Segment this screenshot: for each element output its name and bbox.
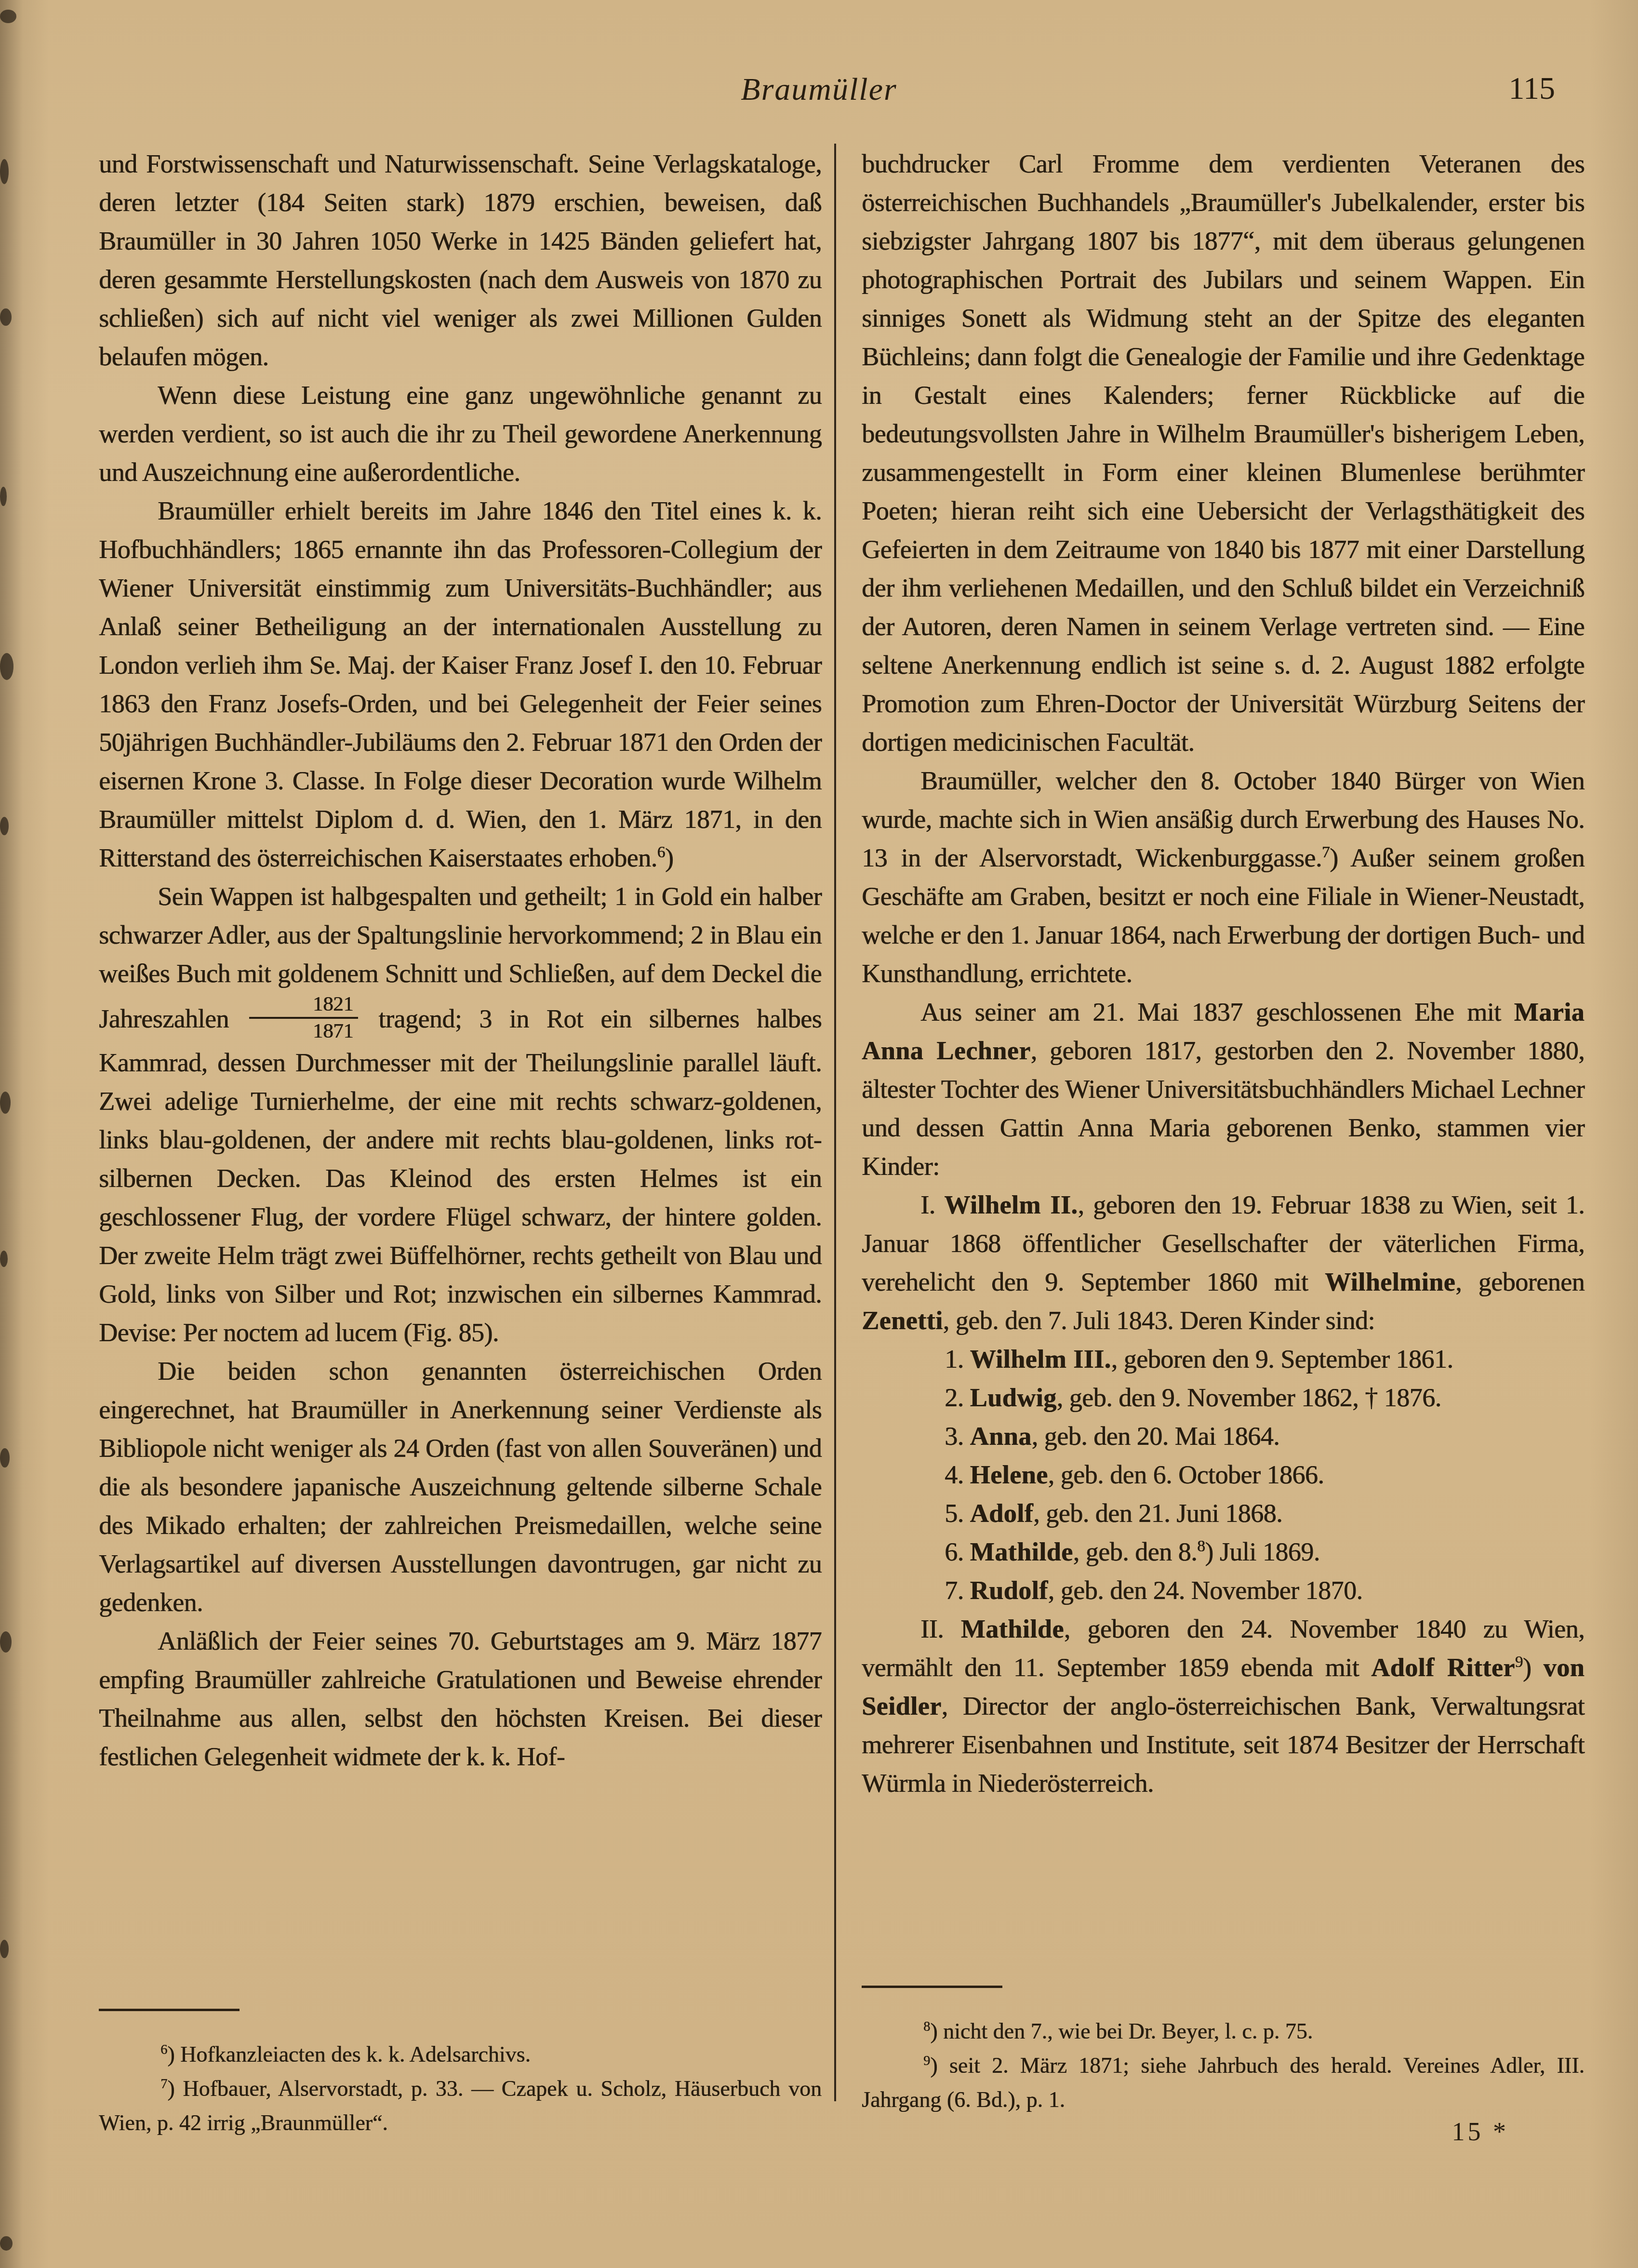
text-segment: Aus seiner am 21. Mai 1837 geschlossenen…: [920, 998, 1514, 1027]
text-segment: Wenn diese Leistung eine ganz ungewöhnli…: [99, 381, 822, 487]
text-segment: , geb. den 7. Juli 1843. Deren Kinder si…: [943, 1306, 1374, 1335]
footnote-marker: 8: [1197, 1537, 1205, 1555]
text-segment: , geboren den 9. September 1861.: [1111, 1345, 1453, 1374]
footnote-marker: 8: [923, 2019, 930, 2034]
footnote-marker: 7: [160, 2077, 167, 2092]
scan-artifact: [0, 10, 16, 23]
footnote-marker: 7: [1322, 843, 1330, 861]
text-segment: Die beiden schon genannten österreichisc…: [99, 1357, 822, 1617]
bold-name: Adolf Ritter: [1371, 1653, 1515, 1682]
text-paragraph: Braumüller, welcher den 8. October 1840 …: [862, 761, 1585, 993]
bold-name: Zenetti: [862, 1306, 943, 1335]
left-footnotes: 6) Hofkanzleiacten des k. k. Adelsarchiv…: [99, 2037, 822, 2140]
footnote-marker: 6: [160, 2042, 167, 2057]
scan-artifact: [0, 653, 13, 680]
footnote-rule: [862, 1986, 1002, 1988]
bold-name: Rudolf: [970, 1576, 1048, 1605]
genealogy-list-item: 7. Rudolf, geb. den 24. November 1870.: [945, 1571, 1585, 1610]
scan-artifact: [0, 2236, 13, 2251]
text-segment: ) Juli 1869.: [1205, 1537, 1320, 1566]
footnote-marker: 6: [657, 843, 665, 861]
footnote: 6) Hofkanzleiacten des k. k. Adelsarchiv…: [99, 2037, 822, 2071]
book-page: Braumüller 115 und Forstwissenschaft und…: [0, 0, 1638, 2268]
footnote: 7) Hofbauer, Alservorstadt, p. 33. — Cza…: [99, 2071, 822, 2140]
scan-artifact: [0, 487, 7, 506]
text-segment: 5.: [945, 1499, 970, 1528]
footnote: 9) seit 2. März 1871; siehe Jahrbuch des…: [862, 2048, 1585, 2117]
text-segment: ) seit 2. März 1871; siehe Jahrbuch des …: [862, 2053, 1585, 2112]
right-footnote-section: 8) nicht den 7., wie bei Dr. Beyer, l. c…: [862, 1986, 1585, 2117]
scan-artifact: [0, 817, 9, 835]
year-fraction: 18211871: [246, 993, 361, 1043]
text-segment: 2.: [945, 1383, 970, 1412]
text-segment: ) Hofbauer, Alservorstadt, p. 33. — Czap…: [99, 2076, 822, 2135]
genealogy-list-item: 2. Ludwig, geb. den 9. November 1862, † …: [945, 1378, 1585, 1417]
text-segment: II.: [920, 1614, 961, 1643]
column-divider-rule: [834, 144, 836, 2101]
scan-artifact: [0, 159, 9, 184]
text-segment: Anläßlich der Feier seines 70. Geburtsta…: [99, 1627, 822, 1771]
text-segment: , geb. den 8.: [1073, 1537, 1197, 1566]
text-segment: 4.: [945, 1460, 970, 1489]
text-paragraph: buchdrucker Carl Fromme dem verdienten V…: [862, 145, 1585, 761]
text-segment: , geb. den 21. Juni 1868.: [1033, 1499, 1282, 1528]
text-segment: I.: [920, 1190, 944, 1219]
footnote-marker: 9: [923, 2054, 930, 2068]
bold-name: Wilhelm II.: [944, 1190, 1078, 1219]
running-header-title: Braumüller: [0, 71, 1638, 108]
signature-mark: 15 *: [1452, 2117, 1509, 2147]
right-footnotes: 8) nicht den 7., wie bei Dr. Beyer, l. c…: [862, 2014, 1585, 2117]
text-paragraph: Sein Wappen ist halbgespalten und gethei…: [99, 877, 822, 1352]
footnote: 8) nicht den 7., wie bei Dr. Beyer, l. c…: [862, 2014, 1585, 2048]
bold-name: Wilhelmine: [1325, 1267, 1455, 1296]
text-paragraph: Aus seiner am 21. Mai 1837 geschlossenen…: [862, 993, 1585, 1186]
text-segment: 6.: [945, 1537, 970, 1566]
genealogy-list-item: 4. Helene, geb. den 6. October 1866.: [945, 1455, 1585, 1494]
scan-artifact: [0, 1251, 8, 1267]
text-segment: , Director der anglo-österreichischen Ba…: [862, 1692, 1585, 1798]
bold-name: Adolf: [970, 1499, 1034, 1528]
text-segment: , geborenen: [1455, 1267, 1585, 1296]
left-column-body: und Forstwissenschaft und Naturwissensch…: [99, 145, 822, 1776]
bold-name: Mathilde: [970, 1537, 1073, 1566]
bold-name: Mathilde: [961, 1614, 1064, 1643]
footnote-rule: [99, 2009, 240, 2011]
text-paragraph: Braumüller erhielt bereits im Jahre 1846…: [99, 492, 822, 877]
scan-artifact: [0, 1940, 9, 1958]
scan-artifact: [0, 308, 12, 326]
genealogy-list-item: 6. Mathilde, geb. den 8.8) Juli 1869.: [945, 1533, 1585, 1571]
text-segment: , geb. den 20. Mai 1864.: [1032, 1422, 1279, 1451]
left-column: und Forstwissenschaft und Naturwissensch…: [99, 145, 822, 2140]
text-segment: ) Hofkanzleiacten des k. k. Adelsarchivs…: [167, 2042, 531, 2067]
text-segment: , geb. den 24. November 1870.: [1048, 1576, 1363, 1605]
genealogy-list-item: 1. Wilhelm III., geboren den 9. Septembe…: [945, 1340, 1585, 1378]
text-paragraph: und Forstwissenschaft und Naturwissensch…: [99, 145, 822, 376]
page-number: 115: [1508, 70, 1555, 107]
text-paragraph: Anläßlich der Feier seines 70. Geburtsta…: [99, 1622, 822, 1776]
left-footnote-section: 6) Hofkanzleiacten des k. k. Adelsarchiv…: [99, 2009, 822, 2140]
text-segment: ) nicht den 7., wie bei Dr. Beyer, l. c.…: [930, 2019, 1313, 2043]
text-segment: , geb. den 6. October 1866.: [1048, 1460, 1324, 1489]
text-segment: buchdrucker Carl Fromme dem verdienten V…: [862, 149, 1585, 757]
right-column-body: buchdrucker Carl Fromme dem verdienten V…: [862, 145, 1585, 1802]
genealogy-list-item: 5. Adolf, geb. den 21. Juni 1868.: [945, 1494, 1585, 1533]
text-segment: 7.: [945, 1576, 970, 1605]
text-paragraph: II. Mathilde, geboren den 24. November 1…: [862, 1610, 1585, 1802]
text-paragraph: Wenn diese Leistung eine ganz ungewöhnli…: [99, 376, 822, 492]
text-paragraph: I. Wilhelm II., geboren den 19. Februar …: [862, 1186, 1585, 1340]
scan-artifact: [0, 1092, 11, 1114]
genealogy-list-item: 3. Anna, geb. den 20. Mai 1864.: [945, 1417, 1585, 1455]
scan-artifact: [0, 1631, 12, 1653]
bold-name: Ludwig: [970, 1383, 1057, 1412]
bold-name: Wilhelm III.: [970, 1345, 1111, 1374]
text-segment: ): [1523, 1653, 1544, 1682]
text-segment: Braumüller erhielt bereits im Jahre 1846…: [99, 496, 822, 872]
right-column: buchdrucker Carl Fromme dem verdienten V…: [862, 145, 1585, 2117]
text-segment: und Forstwissenschaft und Naturwissensch…: [99, 149, 822, 371]
text-segment: tragend; 3 in Rot ein silbernes halbes K…: [99, 1004, 822, 1347]
text-segment: ): [665, 843, 673, 872]
footnote-marker: 9: [1515, 1653, 1523, 1671]
text-segment: , geb. den 9. November 1862, † 1876.: [1057, 1383, 1441, 1412]
bold-name: Helene: [970, 1460, 1048, 1489]
text-paragraph: Die beiden schon genannten österreichisc…: [99, 1352, 822, 1622]
bold-name: Anna: [970, 1422, 1032, 1451]
text-segment: 3.: [945, 1422, 970, 1451]
scan-artifact: [0, 1448, 10, 1468]
text-segment: 1.: [945, 1345, 970, 1374]
